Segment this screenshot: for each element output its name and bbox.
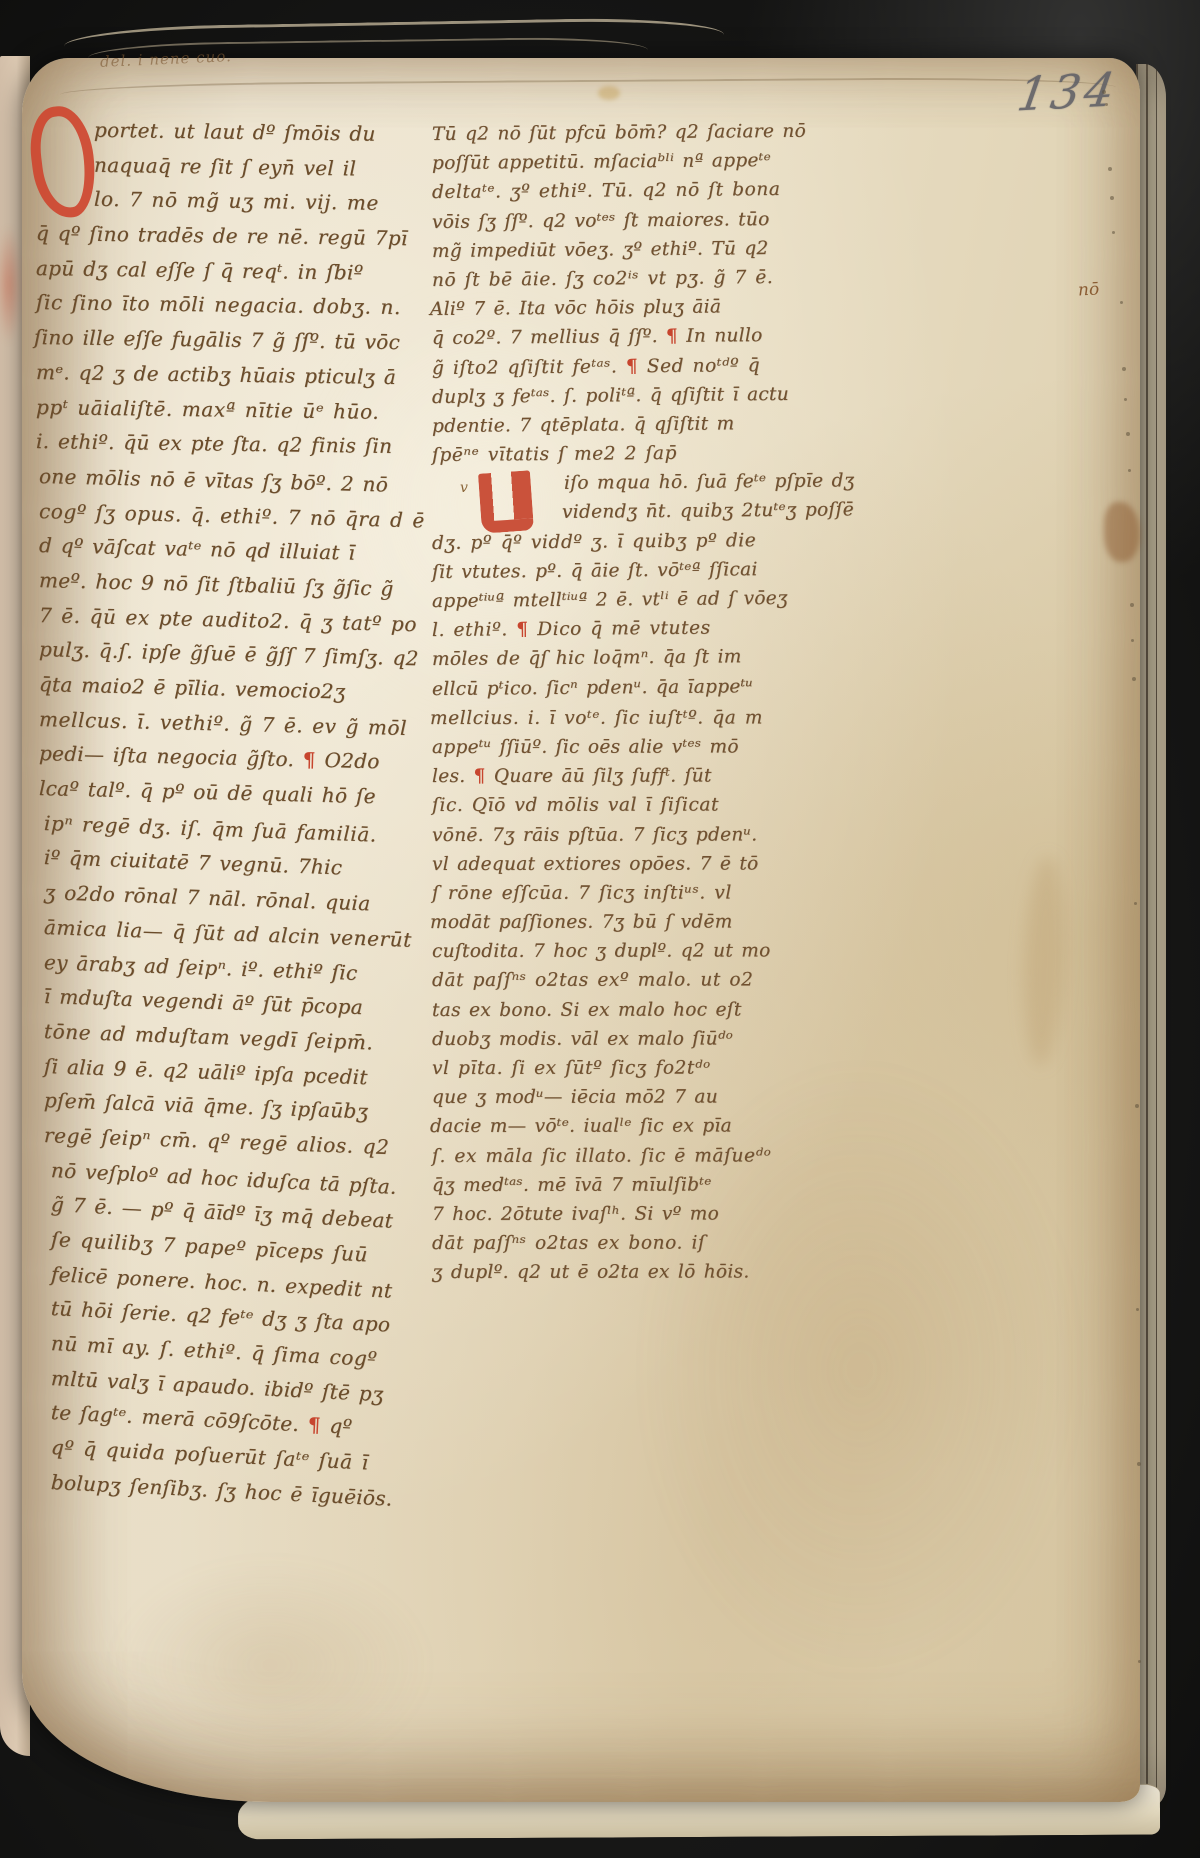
initial-letter: O: [37, 119, 38, 120]
manuscript-photo: del. i nene cuo. 134 nō portet. ut laut …: [0, 0, 1200, 1858]
manuscript-line: tas ex bono. Si ex malo hoc eſt: [432, 995, 910, 1025]
manuscript-line: portet. ut laut dº ſmōis du: [36, 112, 434, 152]
manuscript-line: q̄ʒ medᵗᵃˢ. mē īvā 7 mīulſibᵗᵉ: [432, 1170, 910, 1200]
manuscript-line: cuſtodita. 7 hoc ʒ duplº. q2 ut mo: [432, 936, 910, 966]
pricking-dot: [1136, 1308, 1139, 1311]
manuscript-line: ellcū pᵗico. ſicⁿ pdenᵘ. q̄a īappeᵗᵘ: [432, 670, 910, 703]
manuscript-line: ſit vtutes. pº. q̄ āie ſt. vōᵗᵉª ſſicai: [432, 554, 910, 587]
folio-number: 134: [1014, 60, 1152, 121]
manuscript-line: duplʒ ʒ feᵗᵃˢ. ſ. poliᵗª. q̄ qſiſtit ī a…: [432, 379, 910, 412]
manuscript-line: pdentie. 7 qtēplata. q̄ qſiſtit m: [432, 408, 910, 441]
manuscript-line: q̄ co2º. 7 mellius q̄ ſſº. ¶ In nullo: [432, 320, 910, 353]
pricking-dot: [1126, 432, 1130, 436]
pricking-dot: [1102, 90, 1106, 94]
manuscript-line: ſ rōne eſſcūa. 7 ſicʒ inſtiᵘˢ. vl: [432, 878, 910, 908]
manuscript-line: deltaᵗᵉ. ʒº ethiº. Tū. q2 nō ſt bona: [432, 174, 910, 207]
manuscript-line: nō ſt bē āie. ſʒ co2ⁱˢ vt pʒ. g̃ 7 ē.: [432, 262, 910, 295]
manuscript-line: ſic ſino īto mōli negacia. dobʒ. n.: [36, 285, 434, 325]
pricking-dot: [1108, 167, 1112, 171]
rubricated-initial-v: V: [478, 470, 534, 533]
small-fleck-stain: [598, 86, 620, 100]
pricking-dot: [1112, 231, 1115, 234]
left-text-column: portet. ut laut dº ſmōis du naquaq̄ re ſ…: [36, 112, 434, 1500]
marginal-note: nō: [1077, 279, 1099, 300]
pricking-dot: [1137, 1462, 1141, 1466]
pricking-dot: [1130, 603, 1134, 607]
manuscript-line: mellcius. i. ī voᵗᵉ. ſic iuſtᵗº. q̄a m: [430, 703, 910, 733]
manuscript-line: mōles de q̄ſ hic loq̄mⁿ. q̄a ſt im: [432, 641, 910, 674]
manuscript-line: i. ethiº. q̄ū ex pte ſta. q2 finis ſin: [36, 424, 434, 464]
manuscript-line: dāt paſſⁿˢ o2tas exº malo. ut o2: [432, 966, 910, 996]
manuscript-line: ppᵗ uāialiſtē. maxª nītie ūᵉ hūo.: [36, 390, 434, 430]
manuscript-line: lo. 7 nō mg̃ uʒ mi. vij. me: [36, 181, 434, 221]
manuscript-line: mᵉ. q2 ʒ de actibʒ hūais pticulʒ ā: [36, 355, 434, 395]
manuscript-line: q̄ qº ſino tradēs de re nē. regū 7pī: [36, 216, 434, 256]
manuscript-line: mg̃ impediūt vōeʒ. ʒº ethiº. Tū q2: [432, 233, 910, 266]
manuscript-line: Tū q2 nō ſūt pfcū bōm̄? q2 ſaciare nō: [432, 116, 910, 149]
manuscript-line: ſic. Qīō vd mōlis val ī ſiſicat: [432, 790, 910, 820]
manuscript-line: vōnē. 7ʒ rāis pſtūa. 7 ſicʒ pdenᵘ.: [432, 820, 910, 850]
manuscript-line: appeᵗᵘ ſſiūº. ſic oēs alie vᵗᵉˢ mō: [432, 732, 910, 762]
right-text-column: Tū q2 nō ſūt pfcū bōm̄? q2 ſaciare nō po…: [432, 120, 910, 1288]
manuscript-line: 7 hoc. 2ōtute ivaſˡʰ. Si vº mo: [432, 1199, 910, 1229]
pricking-dot: [1132, 677, 1136, 681]
pricking-dot: [1131, 639, 1134, 642]
pricking-dot: [1110, 196, 1114, 200]
manuscript-line: l. ethiº. ¶ Dico q̄ mē vtutes: [432, 612, 910, 645]
manuscript-line: vl pīta. ſi ex ſūtº ſicʒ fo2tᵈᵒ: [432, 1053, 910, 1083]
manuscript-line: vl adequat extiores opōes. 7 ē tō: [432, 849, 910, 879]
manuscript-line: Aliº 7 ē. Ita vōc hōis pluʒ āiā: [430, 291, 910, 324]
manuscript-line: les. ¶ Quare āū ſilʒ ſuffᵗ. ſūt: [432, 761, 910, 791]
pricking-dot: [1105, 103, 1108, 106]
pricking-dot: [1128, 469, 1131, 472]
rubricator-guide-letter: v: [460, 480, 468, 496]
manuscript-line: ſino ille eſſe fugālis 7 g̃ ſſº. tū vōc: [34, 320, 434, 360]
manuscript-line: dāt paſſⁿˢ o2tas ex bono. iſ: [432, 1228, 910, 1258]
manuscript-line: g̃ iſto2 qſiſtit feᵗᵃˢ. ¶ Sed noᵗᵈº q̄: [432, 349, 910, 382]
pricking-dot: [1122, 367, 1126, 371]
manuscript-line: vōis ſʒ ſſº. q2 voᵗᵉˢ ſt maiores. tūo: [432, 203, 910, 236]
manuscript-line: que ʒ modᵘ— iēcia mō2 7 au: [432, 1082, 910, 1112]
pricking-dot: [1120, 301, 1123, 304]
manuscript-line: duobʒ modis. vāl ex malo ſiūᵈᵒ: [432, 1024, 910, 1054]
pricking-dot: [1135, 1104, 1139, 1108]
pricking-dot: [1124, 398, 1127, 401]
soft-mottle: [110, 1560, 430, 1770]
initial-letter: V: [478, 474, 479, 475]
manuscript-line: poſſūt appetitū. mſaciaᵇˡⁱ nª appeᵗᵉ: [432, 145, 910, 178]
manuscript-line: ſ. ex māla ſic illato. ſic ē māſueᵈᵒ: [432, 1141, 910, 1171]
fore-edge-leaf-strips: [1136, 64, 1166, 1806]
manuscript-line: appeᵗⁱᵘª mtellᵗⁱᵘª 2 ē. vtˡⁱ ē ad ſ vōeʒ: [432, 583, 910, 616]
manuscript-line: modāt paſſiones. 7ʒ bū ſ vdēm: [430, 907, 910, 937]
pricking-dot: [1134, 902, 1137, 905]
manuscript-line: ʒ duplº. q2 ut ē o2ta ex lō hōis.: [432, 1257, 910, 1287]
pricking-dot: [1138, 1660, 1141, 1663]
manuscript-line: dacie m— vōᵗᵉ. iualˡᵉ ſic ex pīa: [430, 1112, 910, 1142]
manuscript-line: ſpēⁿᵉ vītatis ſ me2 2 ſap̄: [432, 437, 910, 470]
